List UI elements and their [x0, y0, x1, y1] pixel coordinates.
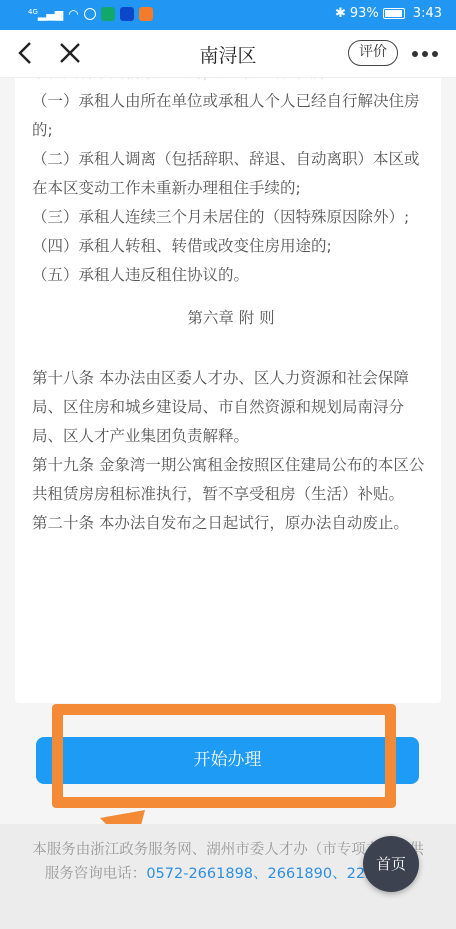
- status-bar: 4G▂▄▆ ◠ ✱ 93% 3:43: [0, 0, 456, 30]
- article: 第二十条 本办法自发布之日起试行，原办法自动废止。: [32, 509, 430, 538]
- document-content: 承租人有下列情形之一的，应当退出租住房： （一）承租人由所在单位或承租人个人已经…: [32, 78, 430, 538]
- clock: 3:43: [413, 6, 442, 21]
- more-dot: [422, 51, 428, 57]
- cut-off-line: 承租人有下列情形之一的，应当退出租住房：: [32, 78, 430, 87]
- nav-bar: 南浔区 评价: [0, 30, 456, 78]
- clause-item: （三）承租人连续三个月未居住的（因特殊原因除外）;: [32, 203, 430, 232]
- more-button[interactable]: [412, 51, 438, 57]
- app-orange-icon: [139, 7, 153, 21]
- rate-button[interactable]: 评价: [348, 40, 398, 66]
- article: 第十九条 金象湾一期公寓租金按照区住建局公布的本区公共租赁房房租标准执行，暂不享…: [32, 451, 430, 509]
- chevron-left-icon: [14, 40, 38, 66]
- battery-percent: 93%: [350, 6, 379, 21]
- back-button[interactable]: [14, 40, 38, 66]
- status-icons-right: ✱ 93% 3:43: [335, 6, 442, 21]
- start-processing-button[interactable]: 开始办理: [36, 737, 419, 784]
- close-icon: [58, 41, 82, 65]
- bluetooth-icon: ✱: [335, 6, 346, 21]
- home-button[interactable]: 首页: [363, 836, 419, 892]
- clause-item: （四）承租人转租、转借或改变住房用途的;: [32, 232, 430, 261]
- clause-item: （二）承租人调离（包括辞职、辞退、自动离职）本区或在本区变动工作未重新办理租住手…: [32, 145, 430, 203]
- consult-label: 服务咨询电话：: [45, 866, 147, 882]
- chapter-heading: 第六章 附 则: [32, 304, 430, 333]
- more-dot: [432, 51, 438, 57]
- clause-item: （五）承租人违反租住协议的。: [32, 261, 430, 290]
- document-card: 承租人有下列情形之一的，应当退出租住房： （一）承租人由所在单位或承租人个人已经…: [15, 78, 441, 703]
- status-icons-left: 4G▂▄▆ ◠: [28, 7, 153, 21]
- wifi-icon: ◠: [68, 7, 78, 21]
- battery-icon: [383, 8, 405, 19]
- clause-item: （一）承租人由所在单位或承租人个人已经自行解决住房的;: [32, 87, 430, 145]
- app-notification-icon: [84, 8, 96, 20]
- app-green-icon: [101, 7, 115, 21]
- signal-icon: 4G▂▄▆: [28, 8, 63, 21]
- more-dots-icon: [412, 51, 418, 57]
- close-button[interactable]: [58, 41, 82, 65]
- app-blue-icon: [120, 7, 134, 21]
- article: 第十八条 本办法由区委人才办、区人力资源和社会保障局、区住房和城乡建设局、市自然…: [32, 364, 430, 451]
